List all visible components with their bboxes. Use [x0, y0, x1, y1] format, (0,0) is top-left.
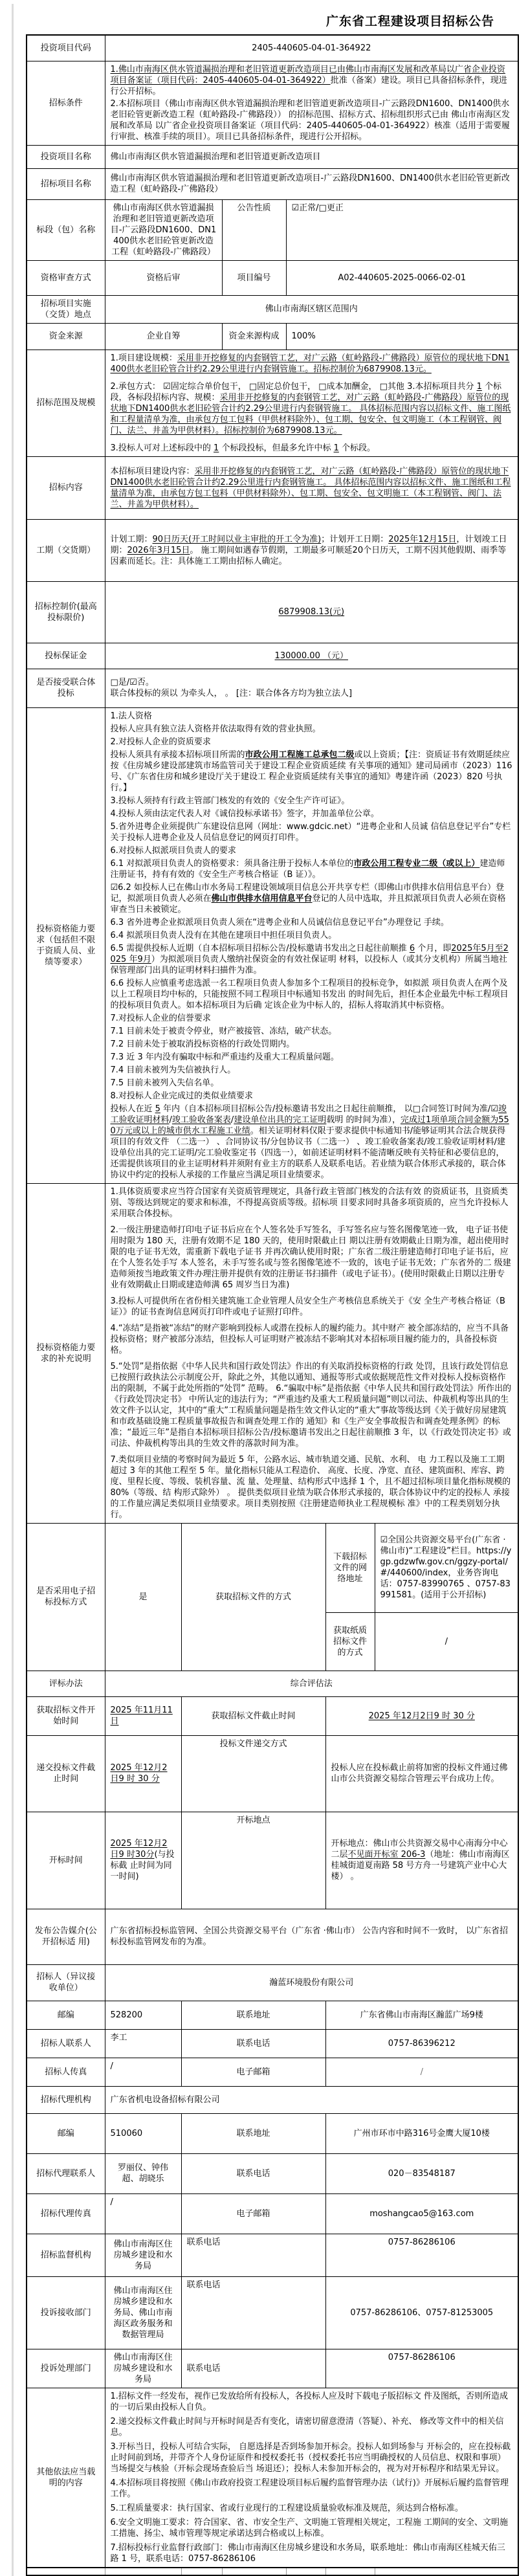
tender-conditions-value: 1.佛山市南海区供水管道漏损治理和老旧管道更新改造项目已由佛山市南海区发展和改革… — [105, 61, 518, 145]
row-qualification-review: 资格审查方式 资格后审 项目编号 A02-440605-2025-0066-02… — [27, 260, 518, 295]
row-tender-scope: 招标范围及规模 1.项目建设规模：采用非开挖修复的内套钢管工艺，对广云路（虹岭路… — [27, 350, 518, 456]
text-segment: 4.“冻结”是指被“冻结”的财产影响到投标人或潜在投标人的履约能力。其中财产 被… — [111, 1324, 509, 1355]
project-number-label: 项目编号 — [222, 260, 286, 295]
paragraph: ☑全国公共资源交易平台(广东省 ·佛山市)“工程建设”栏目。https://yg… — [380, 1535, 513, 1601]
text-segment: 3.投标人可对上述标段中的 — [111, 443, 214, 453]
row-qualification-supplement: 投标资格能力要求的补充说明 1.具体资质要求应当符合国家有关资质管理规定，具备行… — [27, 1183, 518, 1523]
complaint-handling-value: 佛山市南海区住房城乡建设和水务局 — [105, 2349, 181, 2388]
text-segment: 7.2 目前未处于被取消投标资格的行政处罚期内。 — [111, 1039, 295, 1049]
row-duration: 工期（交货期） 计划工期：90日历天(开工时间以业主审批的开工令为准)；计划开工… — [27, 519, 518, 581]
paragraph: 3.投标人可提供所在省份相关建筑施工企业管理人员安全生产考核信息系统关于《安 全… — [111, 1296, 513, 1318]
text-segment: 6.5 需提供投标人近期（自本招标项目招标公告/投标邀请书发出之日起往前顺推 — [111, 944, 410, 953]
investment-name-value: 佛山市南海区供水管道漏损治理和老旧管道更新改造项目 — [105, 145, 518, 168]
row-tenderer: 招标人（异议接收单位） 瀚蓝环境股份有限公司 — [27, 1964, 518, 2001]
tenderer-email-label: 电子邮箱 — [181, 2058, 325, 2086]
tenderer-email-value: / — [325, 2058, 518, 2086]
text-segment: 不见面开标室 206-3 — [348, 1850, 426, 1860]
paragraph: 5.“处罚”是指依据《中华人民共和国行政处罚法》作出的有关取消投标资格的行政 处… — [111, 1361, 513, 1449]
row-bidder-qualification: 投标资格能力要求（包括但不限于资质人员、业绩等要求） 1.法人资格投标人应具有独… — [27, 707, 518, 1183]
notice-nature-label: 公告性质 — [222, 199, 286, 260]
agency-fax-value: / — [105, 2193, 181, 2234]
text-segment: 2025 年12月2日9 时 30 分 — [369, 1711, 475, 1721]
funding-composition-value: 100% — [286, 323, 518, 350]
text-segment: 市政公用工程专业二级（或以上） — [353, 859, 479, 869]
paragraph: 开标地点：佛山市公共资源交易中心南海分中心二层不见面开标室 206-3（地址：佛… — [331, 1838, 513, 1882]
text-segment: 4.本招标项目将按照《佛山市政府投资工程建设项目标后履约监督管理办法（试行)》开… — [111, 2478, 509, 2499]
tender-conditions-label: 招标条件 — [27, 61, 105, 145]
tenderer-phone-value: 0757-86396212 — [325, 2029, 518, 2058]
paragraph: 3.投标人可对上述标段中的 1 个标段投标，但最多允许中标 1 个标段。 — [111, 443, 513, 454]
text-segment: 7.5 目前未被列入失信名单。 — [111, 1078, 219, 1088]
tenderer-fax-label: 招标人传真 — [27, 2058, 105, 2086]
paragraph: 1.具体资质要求应当符合国家有关资质管理规定，具备行政主管部门核发的合法有效 的… — [111, 1186, 513, 1219]
text-segment: 7.3 近 3 年内没有骗取中标和严重违约及重大工程质量问题。 — [111, 1052, 339, 1062]
row-bid-deposit: 投标保证金 130000.00 （元） — [27, 643, 518, 669]
evaluation-method-label: 评标办法 — [27, 1671, 105, 1696]
text-segment: 6.1 对拟派项目负责人的资格要求：须具备注册于投标人本单位的 — [111, 859, 354, 869]
paragraph: 8.对投标人企业完成过的类似业绩要求 — [111, 1091, 513, 1102]
row-evaluation-method: 评标办法 综合评估法 — [27, 1671, 518, 1696]
download-address-value: ☑全国公共资源交易平台(广东省 ·佛山市)“工程建设”栏目。https://yg… — [375, 1523, 518, 1612]
bid-deposit-label: 投标保证金 — [27, 643, 105, 669]
paragraph: 2.对投标人企业的资质要求 — [111, 737, 513, 748]
text-segment: 竣工验收备案表 — [172, 1115, 231, 1125]
agency-email-label: 电子邮箱 — [181, 2193, 325, 2234]
text-segment: 个标段投标，但最多允许中标 — [219, 443, 333, 453]
tenderer-phone-label: 联系电话 — [181, 2029, 325, 2058]
document-end-value: 2025 年12月2日9 时 30 分 — [325, 1696, 518, 1735]
text-segment: 5 — [155, 1104, 160, 1114]
paragraph: 投标人应具有独立法人资格并依法取得有效的营业执照。 — [111, 724, 513, 735]
text-segment: 佛山市供排水信用信息平台 — [212, 894, 313, 904]
agency-contact-value: 罗丽仪、钟伟超、胡晓乐 — [105, 2153, 181, 2193]
text-segment: ）为拟派项目负责人缴纳社保资金的有效社保证明 材料，以投标人（或其分支机构）所属… — [111, 955, 507, 975]
text-segment: 7.对投标人企业的信誉要求 — [111, 1014, 211, 1023]
tenderer-contact-label: 招标人联系人 — [27, 2029, 105, 2058]
tenderer-address-label: 联系地址 — [181, 2001, 325, 2029]
row-document-time: 获取招标文件开始时间 2025 年11月11日 获取招标文件截止时间 2025 … — [27, 1696, 518, 1735]
page-edge-line — [12, 4, 14, 2576]
supervision-authority-label: 招标监督机构 — [27, 2234, 105, 2276]
paragraph: 2.本招标项目（佛山市南海区供水管道漏损治理和老旧管道更新改造项目-广云路段DN… — [111, 98, 513, 142]
text-segment: 7.类似项目业绩的考察时间为最近 5 年，公路水运、城市轨道交通、民航、水利、 … — [111, 1455, 511, 1520]
text-segment: 5.工程质量要求：执行国家、省或行业现行的工程建设质量验收标准及规范，须达到合格… — [111, 2504, 463, 2513]
page: 广东省工程建设项目招标公告 投资项目代码 2405-440605-04-01-3… — [0, 0, 528, 2576]
submission-deadline-value: 2025 年12月2日9 时 30 分 — [105, 1735, 181, 1812]
text-segment: 90日历天(开工时间以业主审批的开工令为准) — [153, 535, 322, 544]
paragraph: 7.招标投标行业监督行政部门：佛山市南海区住房城乡建设和水务局，联系地址：佛山市… — [111, 2542, 513, 2564]
paragraph: 6.5 需提供投标人近期（自本招标项目招标公告/投标邀请书发出之日起往前顺推 6… — [111, 943, 513, 976]
text-segment: 3.投标人须持有行政主管部门核发的有效的《安全生产许可证》。 — [111, 796, 350, 806]
agency-zip-label: 邮编 — [27, 2113, 105, 2153]
paragraph: □是/☑否。 — [111, 677, 513, 688]
section-name-value: 佛山市南海区供水管道漏损治理和老旧管道更新改造项目-广云路段DN1600、DN1… — [105, 199, 222, 260]
supervision-phone-label: 联系电话 — [181, 2234, 325, 2276]
tenderer-value: 瀚蓝环境股份有限公司 — [105, 1964, 518, 2001]
investment-code-label: 投资项目代码 — [27, 35, 105, 61]
footer-cell — [222, 2568, 286, 2575]
footer-cell — [105, 2568, 181, 2575]
complaint-handling-phone-label: 联系电话 — [181, 2349, 325, 2388]
text-segment: 个月，即 — [415, 944, 451, 953]
row-complaint-receiving: 投诉接收部门 佛山市南海区住房城乡建设和水务局、佛山市南海区政务服务和数据管理局… — [27, 2276, 518, 2349]
text-segment: 年内（自本招标项目招标公告/投标邀请书发出之日起往前顺推， 以□合同签订时间为准… — [160, 1104, 498, 1114]
tender-project-name-value: 佛山市南海区供水管道漏损治理和老旧管道更新改造项目-广云路段DN1600、DN1… — [105, 168, 518, 199]
text-segment: ；计划开工日期： — [321, 535, 388, 544]
paragraph: 7.4 目前未被列为失信被执行人。 — [111, 1065, 513, 1076]
row-funding-source: 资金来源 企业自筹 资金来源构成 100% — [27, 323, 518, 350]
row-announcement-media: 发布公告媒介(公开招标适 用) 广东省招标投标监管网、全国公共资源交易平台（广东… — [27, 1909, 518, 1964]
row-footer-spacer — [27, 2568, 518, 2575]
text-segment: 本招标项目建设内容： — [111, 467, 195, 476]
text-segment: 6.对投标人拟派项目负责人的要求 — [111, 846, 236, 856]
row-investment-code: 投资项目代码 2405-440605-04-01-364922 — [27, 35, 518, 61]
bid-deposit-value: 130000.00 （元） — [105, 643, 518, 669]
text-segment: 2.对投标人企业的资质要求 — [111, 737, 211, 747]
price-ceiling-value: 6879908.13(元) — [105, 581, 518, 643]
text-segment: 4.投标人须由法定代表人对《诚信投标承诺书》签字，并加盖单位公章。 — [111, 809, 379, 819]
project-number-value: A02-440605-2025-0066-02-01 — [286, 260, 518, 295]
complaint-receiving-phone-label: 联系电话 — [181, 2276, 325, 2349]
text-segment: 8.对投标人企业完成过的类似业绩要求 — [111, 1091, 253, 1101]
row-other-content: 其他依法应当载明的内容 1.招标文件一经发布，视作已发放给所有投标人，各投标人应… — [27, 2388, 518, 2568]
row-delivery-location: 招标项目实施（交货）地点 佛山市南海区辖区范围内 — [27, 295, 518, 323]
qualification-supplement-value: 1.具体资质要求应当符合国家有关资质管理规定，具备行政主管部门核发的合法有效 的… — [105, 1183, 518, 1523]
text-segment: 个标段。 — [339, 443, 375, 453]
row-electronic-bidding: 是否采用电子招标投标方式 是 获取招标文件的方式 下载招标文件的网络地址 ☑全国… — [27, 1523, 518, 1612]
text-segment: 130000.00 （元） — [275, 651, 348, 661]
agency-phone-value: 020－83548187 — [325, 2153, 518, 2193]
text-segment: 2.本招标项目（佛山市南海区供水管道漏损治理和老旧管道更新改造项目-广云路段DN… — [111, 99, 510, 142]
bid-opening-time-label: 开标时间 — [27, 1812, 105, 1909]
text-segment: 投标人须具有承接本招标项目所需的 — [111, 750, 245, 760]
other-content-value: 1.招标文件一经发布，视作已发放给所有投标人，各投标人应及时下载电子版招标文 件… — [105, 2388, 518, 2568]
footer-cell — [325, 2568, 375, 2575]
paragraph: 6.4 拟派项目负责人没有在其他在建项目中担任项目负责人。 — [111, 930, 513, 941]
paragraph: 2.一级注册建造师打印电子证书后应在个人签名处手写签名，手写签名应与签名图像笔迹… — [111, 1225, 513, 1291]
consortium-label: 是否接受联合体投标 — [27, 669, 105, 707]
complaint-receiving-label: 投诉接收部门 — [27, 2276, 105, 2349]
document-start-label: 获取招标文件开始时间 — [27, 1696, 105, 1735]
text-segment: 5.“处罚”是指依据《中华人民共和国行政处罚法》作出的有关取消投标资格的行政 处… — [111, 1362, 512, 1449]
agency-email-value: moshangcao5@163.com — [325, 2193, 518, 2234]
electronic-bidding-value: 是 — [105, 1523, 181, 1671]
row-submission-deadline: 递交投标文件截止时间 2025 年12月2日9 时 30 分 投标文件递交方式 … — [27, 1735, 518, 1812]
agency-contact-label: 招标代理联系人 — [27, 2153, 105, 2193]
agency-zip-value: 510060 — [105, 2113, 181, 2153]
text-segment: 1 — [334, 443, 339, 453]
page-title: 广东省工程建设项目招标公告 — [26, 0, 518, 34]
paragraph: 6.3 省外进粤企业拟派项目负责人须在“进粤企业和人员诚信信息登记平台”办理登记… — [111, 917, 513, 928]
paragraph: 7.1 目前未处于被责令停业，财产被接管、冻结，破产状态。 — [111, 1026, 513, 1037]
qualification-supplement-label: 投标资格能力要求的补充说明 — [27, 1183, 105, 1523]
text-segment: 1.项目建设规模： — [111, 353, 177, 363]
paragraph: 7.5 目前未被列入失信名单。 — [111, 1078, 513, 1089]
text-segment: 7.1 目前未处于被责令停业，财产被接管、冻结，破产状态。 — [111, 1027, 337, 1036]
complaint-handling-phone-value: 0757-86286106 — [325, 2349, 518, 2388]
funding-source-value: 企业自筹 — [105, 323, 222, 350]
text-segment: 6879908.13(元) — [278, 607, 344, 617]
paragraph: 1.项目建设规模：采用非开挖修复的内套钢管工艺，对广云路（虹岭路段-广佛路段）原… — [111, 353, 513, 375]
tender-scope-value: 1.项目建设规模：采用非开挖修复的内套钢管工艺，对广云路（虹岭路段-广佛路段）原… — [105, 350, 518, 456]
paragraph: 3.投标人须持有行政主管部门核发的有效的《安全生产许可证》。 — [111, 795, 513, 806]
agency-phone-label: 联系电话 — [181, 2153, 325, 2193]
agency-label: 招标代理机构 — [27, 2086, 105, 2113]
consortium-value: □是/☑否。联合体投标的须以 为牵头人， 。 [注：联合体各方均为独立法人] — [105, 669, 518, 707]
tender-project-name-label: 招标项目名称 — [27, 168, 105, 199]
bid-opening-place-value: 开标地点：佛山市公共资源交易中心南海分中心二层不见面开标室 206-3（地址：佛… — [325, 1812, 518, 1909]
delivery-location-value: 佛山市南海区辖区范围内 — [105, 295, 518, 323]
row-investment-name: 投资项目名称 佛山市南海区供水管道漏损治理和老旧管道更新改造项目 — [27, 145, 518, 168]
bid-opening-place-label: 开标地点 — [181, 1812, 325, 1909]
text-segment: 2025年12月15日 — [388, 535, 456, 544]
paragraph: 6.安全文明施工要求：符合国家、省、市安全生产、文明施工管理相关规定，工程施 工… — [111, 2517, 513, 2539]
bidder-qualification-value: 1.法人资格投标人应具有独立法人资格并依法取得有效的营业执照。2.对投标人企业的… — [105, 707, 518, 1183]
paragraph: 计划工期：90日历天(开工时间以业主审批的开工令为准)；计划开工日期：2025年… — [111, 534, 513, 567]
row-tender-conditions: 招标条件 1.佛山市南海区供水管道漏损治理和老旧管道更新改造项目已由佛山市南海区… — [27, 61, 518, 145]
text-segment: 建设单位出具的完工证明 — [234, 1115, 326, 1125]
row-price-ceiling: 招标控制价(最高投标限价) 6879908.13(元) — [27, 581, 518, 643]
paragraph: 2.递交投标文件截止时间与开标时间是否有变化，请密切留意澄清（答疑）、补充、 修… — [111, 2416, 513, 2438]
tender-scope-label: 招标范围及规模 — [27, 350, 105, 456]
text-segment: 1.具体资质要求应当符合国家有关资质管理规定，具备行政主管部门核发的合法有效 的… — [111, 1187, 509, 1219]
paragraph: 6.1 对拟派项目负责人的资格要求：须具备注册于投标人本单位的市政公用工程专业二… — [111, 858, 513, 880]
tenderer-address-value: 广东省佛山市南海区瀚蓝广场9楼 — [325, 2001, 518, 2029]
text-segment: 7.4 目前未被列为失信被执行人。 — [111, 1065, 236, 1075]
notice-nature-value: ☑正常/□更正 — [286, 199, 518, 260]
text-segment: 6 — [410, 944, 415, 953]
agency-value: 广东省机电设备招标有限公司 — [105, 2086, 518, 2113]
tenderer-contact-value: 李工 — [105, 2029, 181, 2058]
text-segment: 2.承包方式： ☑固定综合单价包干， □固定总价包干， □成本加酬金， □其他 … — [111, 382, 477, 392]
qualification-review-value: 资格后审 — [105, 260, 222, 295]
text-segment: 6.安全文明施工要求：符合国家、省、市安全生产、文明施工管理相关规定，工程施 工… — [111, 2518, 509, 2538]
paper-documents-label: 获取纸质招标文件的方式 — [325, 1612, 375, 1671]
price-ceiling-label: 招标控制价(最高投标限价) — [27, 581, 105, 643]
paragraph: 4.“冻结”是指被“冻结”的财产影响到投标人或潜在投标人的履约能力。其中财产 被… — [111, 1323, 513, 1356]
text-segment: 6.3 省外进粤企业拟派项目负责人须在“进粤企业和人员诚信信息登记平台”办理登记… — [111, 918, 449, 927]
paragraph: 130000.00 （元） — [111, 650, 513, 661]
download-address-label: 下载招标文件的网络地址 — [325, 1523, 375, 1612]
bid-opening-time-value: 2025 年12月2日9 时30分(与投标截 止时间为同一时间) — [105, 1812, 181, 1909]
row-agency: 招标代理机构 广东省机电设备招标有限公司 — [27, 2086, 518, 2113]
announcement-media-value: 广东省招标投标监管网、全国公共资源交易平台（广东省 ·佛山市） 公告内容和时间不… — [105, 1909, 518, 1964]
row-agency-fax: 招标代理传真 / 电子邮箱 moshangcao5@163.com — [27, 2193, 518, 2234]
text-segment: 计划工期： — [111, 535, 153, 544]
paragraph: 5.省外进粤企业须提供广东建设信息网（网址：www.gdcic.net）“进粤企… — [111, 821, 513, 843]
funding-source-label: 资金来源 — [27, 323, 105, 350]
paragraph: 4.投标人须由法定代表人对《诚信投标承诺书》签字，并加盖单位公章。 — [111, 808, 513, 819]
row-tenderer-fax: 招标人传真 / 电子邮箱 / — [27, 2058, 518, 2086]
document-end-label: 获取招标文件截止时间 — [181, 1696, 325, 1735]
row-consortium: 是否接受联合体投标 □是/☑否。联合体投标的须以 为牵头人， 。 [注：联合体各… — [27, 669, 518, 707]
text-segment: 2025 年12月2日9 时 30 分 — [111, 1763, 168, 1784]
paragraph: 7.3 近 3 年内没有骗取中标和严重违约及重大工程质量问题。 — [111, 1052, 513, 1063]
text-segment: 3.开标当日，投标人可结合实际， 自愿选择是否到场参加开标会。投标人如到场参与 … — [111, 2442, 511, 2474]
submission-deadline-label: 递交投标文件截止时间 — [27, 1735, 105, 1812]
text-segment: 3.投标人可提供所在省份相关建筑施工企业管理人员安全生产考核信息系统关于《安 全… — [111, 1296, 505, 1317]
paragraph: 1.佛山市南海区供水管道漏损治理和老旧管道更新改造项目已由佛山市南海区发展和改革… — [111, 64, 513, 97]
duration-label: 工期（交货期） — [27, 519, 105, 581]
supervision-phone-value: 0757-86286106 — [325, 2234, 518, 2276]
submission-method-label: 投标文件递交方式 — [181, 1735, 325, 1812]
paragraph: 2025 年12月2日9 时30分(与投标截 止时间为同一时间) — [111, 1838, 176, 1882]
paragraph: 7.2 目前未处于被取消投标资格的行政处罚期内。 — [111, 1039, 513, 1050]
complaint-handling-label: 投诉处理部门 — [27, 2349, 105, 2388]
row-agency-contact: 招标代理联系人 罗丽仪、钟伟超、胡晓乐 联系电话 020－83548187 — [27, 2153, 518, 2193]
complaint-receiving-value: 佛山市南海区住房城乡建设和水务局、佛山市南海区政务服务和数据管理局 — [105, 2276, 181, 2349]
row-tenderer-zip: 邮编 528200 联系地址 广东省佛山市南海区瀚蓝广场9楼 — [27, 2001, 518, 2029]
text-segment: 投标人在近 — [111, 1104, 155, 1114]
paragraph: ☑6.2 如投标人已在佛山市水务局工程建设领域项目信息公开共享专栏（即佛山市供排… — [111, 882, 513, 915]
text-segment: 2.递交投标文件截止时间与开标时间是否有变化，请密切留意澄清（答疑）、补充、 修… — [111, 2417, 504, 2437]
row-tender-project-name: 招标项目名称 佛山市南海区供水管道漏损治理和老旧管道更新改造项目-广云路段DN1… — [27, 168, 518, 199]
row-agency-zip: 邮编 510060 联系地址 广州市环市中路316号金鹰大厦10楼 — [27, 2113, 518, 2153]
row-tenderer-contact: 招标人联系人 李工 联系电话 0757-86396212 — [27, 2029, 518, 2058]
text-segment: 7.招标投标行业监督行政部门：佛山市南海区住房城乡建设和水务局，联系地址：佛山市… — [111, 2543, 505, 2564]
row-section-name: 标段（包）名称 佛山市南海区供水管道漏损治理和老旧管道更新改造项目-广云路段DN… — [27, 199, 518, 260]
paragraph: 2025 年12月2日9 时 30 分 — [331, 1711, 513, 1722]
agency-fax-label: 招标代理传真 — [27, 2193, 105, 2234]
tender-announcement-table: 投资项目代码 2405-440605-04-01-364922 招标条件 1.佛… — [26, 34, 519, 2576]
electronic-bidding-label: 是否采用电子招标投标方式 — [27, 1523, 105, 1671]
paragraph: 本招标项目建设内容：采用非开挖修复的内套钢管工艺，对广云路（虹岭路段-广佛路段）… — [111, 466, 513, 510]
row-bid-opening: 开标时间 2025 年12月2日9 时30分(与投标截 止时间为同一时间) 开标… — [27, 1812, 518, 1909]
text-segment: 1 — [477, 382, 482, 392]
paragraph: 2.承包方式： ☑固定综合单价包干， □固定总价包干， □成本加酬金， □其他 … — [111, 381, 513, 436]
row-tender-content: 招标内容 本招标项目建设内容：采用非开挖修复的内套钢管工艺，对广云路（虹岭路段-… — [27, 456, 518, 519]
tenderer-label: 招标人（异议接收单位） — [27, 1964, 105, 2001]
row-supervision-authority: 招标监督机构 佛山市南海区住房城乡建设和水务局 联系电话 0757-862861… — [27, 2234, 518, 2276]
footer-cell — [286, 2568, 325, 2575]
paragraph: 投标人在近 5 年内（自本招标项目招标公告/投标邀请书发出之日起往前顺推， 以□… — [111, 1104, 513, 1181]
text-segment: ☑全国公共资源交易平台(广东省 ·佛山市)“工程建设”栏目。https://yg… — [380, 1535, 512, 1600]
obtain-documents-label: 获取招标文件的方式 — [181, 1523, 325, 1671]
other-content-label: 其他依法应当载明的内容 — [27, 2388, 105, 2568]
paragraph: 2025 年11月11日 — [111, 1705, 176, 1727]
tender-content-label: 招标内容 — [27, 456, 105, 519]
text-segment: 5.省外进粤企业须提供广东建设信息网（网址：www.gdcic.net）“进粤企… — [111, 822, 511, 843]
tenderer-zip-label: 邮编 — [27, 2001, 105, 2029]
tenderer-fax-value: / — [105, 2058, 181, 2086]
section-name-label: 标段（包）名称 — [27, 199, 105, 260]
footer-cell — [181, 2568, 222, 2575]
tenderer-zip-value: 528200 — [105, 2001, 181, 2029]
paragraph: 投标人须具有承接本招标项目所需的市政公用工程施工总承包二级或以上资质；【注：资质… — [111, 749, 513, 794]
text-segment: 2025 年11月11日 — [111, 1705, 173, 1726]
paragraph: 7.类似项目业绩的考察时间为最近 5 年，公路水运、城市轨道交通、民航、水利、 … — [111, 1454, 513, 1520]
paper-documents-value: / — [375, 1612, 518, 1671]
text-segment: 联合体投标的须以 为牵头人， 。 [注：联合体各方均为独立法人] — [111, 689, 353, 698]
agency-address-label: 联系地址 — [181, 2113, 325, 2153]
bidder-qualification-label: 投标资格能力要求（包括但不限于资质人员、业绩等要求） — [27, 707, 105, 1183]
delivery-location-label: 招标项目实施（交货）地点 — [27, 295, 105, 323]
footer-cell — [375, 2568, 518, 2575]
paragraph: 6.6 投标人应慎重考虑选派一名工程项目负责人参加多个工程项目的投标竞争，如拟派… — [111, 978, 513, 1011]
submission-method-value: 投标人应在投标截止前将加密的投标文件通过佛山市公共资源交易综合管理云平台成功上传… — [325, 1735, 518, 1812]
text-segment: □是/☑否。 — [111, 678, 154, 687]
announcement-media-label: 发布公告媒介(公开招标适 用) — [27, 1909, 105, 1964]
paragraph: 4.本招标项目将按照《佛山市政府投资工程建设项目标后履约监督管理办法（试行)》开… — [111, 2478, 513, 2500]
paragraph: 联合体投标的须以 为牵头人， 。 [注：联合体各方均为独立法人] — [111, 688, 513, 699]
evaluation-method-value: 综合评估法 — [105, 1671, 518, 1696]
text-segment: 1.招标文件一经发布，视作已发放给所有投标人，各投标人应及时下载电子版招标文 件… — [111, 2392, 509, 2412]
complaint-receiving-phone-value: 0757-86286106、0757-81253005 — [325, 2276, 518, 2349]
text-segment: 1.法人资格 — [111, 711, 152, 721]
funding-composition-label: 资金来源构成 — [222, 323, 286, 350]
tender-content-value: 本招标项目建设内容：采用非开挖修复的内套钢管工艺，对广云路（虹岭路段-广佛路段）… — [105, 456, 518, 519]
supervision-authority-value: 佛山市南海区住房城乡建设和水务局 — [105, 2234, 181, 2276]
text-segment: 投标人应具有独立法人资格并依法取得有效的营业执照。 — [111, 724, 321, 734]
investment-name-label: 投资项目名称 — [27, 145, 105, 168]
agency-address-value: 广州市环市中路316号金鹰大厦10楼 — [325, 2113, 518, 2153]
paragraph: 6879908.13(元) — [111, 606, 513, 617]
text-segment: 6.4 拟派项目负责人没有在其他在建项目中担任项目负责人。 — [111, 931, 337, 940]
paragraph: 7.对投标人企业的信誉要求 — [111, 1013, 513, 1024]
paragraph: 6.对投标人拟派项目负责人的要求 — [111, 845, 513, 856]
row-complaint-handling: 投诉处理部门 佛山市南海区住房城乡建设和水务局 联系电话 0757-862861… — [27, 2349, 518, 2388]
paragraph: 3.开标当日，投标人可结合实际， 自愿选择是否到场参加开标会。投标人如到场参与 … — [111, 2441, 513, 2474]
document-start-value: 2025 年11月11日 — [105, 1696, 181, 1735]
paragraph: 1.法人资格 — [111, 711, 513, 722]
footer-cell — [27, 2568, 105, 2575]
paragraph: 2025 年12月2日9 时 30 分 — [111, 1762, 176, 1784]
text-segment: 载明 的时间为准）， — [326, 1115, 401, 1125]
text-segment: 市政公用工程施工总承包二级 — [245, 750, 355, 760]
duration-value: 计划工期：90日历天(开工时间以业主审批的开工令为准)；计划开工日期：2025年… — [105, 519, 518, 581]
paragraph: 5.工程质量要求：执行国家、省或行业现行的工程建设质量验收标准及规范，须达到合格… — [111, 2503, 513, 2514]
text-segment: 2026年3月15日 — [127, 546, 190, 555]
qualification-review-label: 资格审查方式 — [27, 260, 105, 295]
text-segment: 6.6 投标人应慎重考虑选派一名工程项目负责人参加多个工程项目的投标竞争，如拟派… — [111, 979, 509, 1010]
text-segment: 2.一级注册建造师打印电子证书后应在个人签名处手写签名，手写签名应与签名图像笔迹… — [111, 1225, 511, 1290]
paragraph: 1.招标文件一经发布，视作已发放给所有投标人，各投标人应及时下载电子版招标文 件… — [111, 2391, 513, 2413]
investment-code-value: 2405-440605-04-01-364922 — [105, 35, 518, 61]
